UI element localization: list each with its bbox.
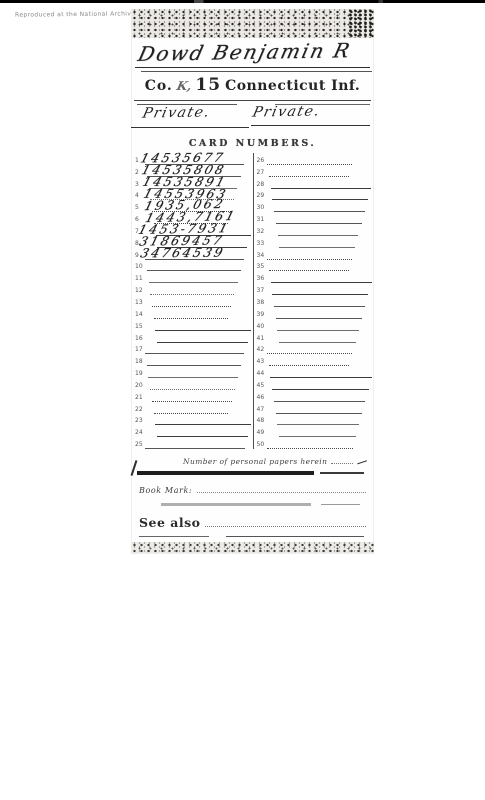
company-letter-handwritten: K,: [175, 79, 193, 93]
card-number-row: 24: [132, 425, 253, 437]
card-number-row: 48: [254, 414, 374, 426]
ruled-line: [149, 271, 238, 283]
ruled-line: [276, 212, 363, 224]
card-number-row: 16: [132, 331, 253, 343]
row-number: 37: [257, 288, 267, 295]
ruled-line: [276, 402, 363, 414]
row-number: 11: [135, 276, 145, 283]
ruled-line: [154, 402, 228, 414]
row-number: 26: [257, 158, 267, 165]
card-number-row: 15: [132, 319, 253, 331]
row-number: 20: [135, 383, 145, 390]
personal-papers-line: Number of personal papers herein: [131, 449, 374, 468]
card-number-row: 46: [254, 390, 374, 402]
scan-edge-bar: [0, 0, 485, 3]
ruled-line: [267, 343, 353, 355]
ruled-line: [267, 437, 354, 449]
ruled-line: [274, 390, 366, 402]
soldier-name-handwritten: Dowd Benjamin R: [136, 38, 354, 66]
rank-in-handwritten: Private.: [141, 104, 212, 121]
card-top-torn-edge: [131, 9, 374, 38]
rank-section: Private. Private.: [131, 100, 374, 132]
row-number: 35: [257, 264, 267, 271]
row-number: 12: [135, 288, 145, 295]
ruled-line: [152, 295, 231, 307]
card-number-row: 43: [254, 354, 374, 366]
card-number-row: 39: [254, 307, 374, 319]
card-number-row: 34: [254, 248, 374, 260]
ruled-line: [278, 224, 359, 236]
card-number-row: 45: [254, 378, 374, 390]
regiment-number: 15: [195, 75, 221, 95]
thick-rule: [137, 471, 314, 475]
card-number-row: 27: [254, 165, 374, 177]
card-number-row: 19: [132, 366, 253, 378]
card-number-row: 21: [132, 390, 253, 402]
ruled-line: [269, 354, 350, 366]
row-number: 30: [257, 205, 267, 212]
row-number: 36: [257, 276, 267, 283]
ruled-line: [271, 271, 373, 283]
card-number-row: 33: [254, 236, 374, 248]
card-number-row: 44: [254, 366, 374, 378]
faint-rule: [321, 504, 360, 505]
ruled-line: [152, 390, 232, 402]
card-number-handwritten: 34764539: [139, 244, 227, 260]
thick-rule-section: [131, 468, 374, 478]
card-number-row: 17: [132, 343, 253, 355]
ruled-line: [147, 354, 241, 366]
card-number-row: 30: [254, 200, 374, 212]
row-number: 40: [257, 324, 267, 331]
row-number: 44: [257, 371, 267, 378]
ruled-line: [279, 236, 356, 248]
card-number-row: 42: [254, 343, 374, 355]
card-number-row: 31: [254, 212, 374, 224]
row-number: 27: [257, 170, 267, 177]
ruled-line: [145, 437, 245, 449]
personal-papers-label: Number of personal papers herein: [183, 457, 327, 466]
row-number: 39: [257, 312, 267, 319]
card-number-row: 49: [254, 425, 374, 437]
rank-out-handwritten: Private.: [251, 103, 322, 120]
book-mark-fill-line: [197, 492, 366, 493]
ruled-line: [145, 343, 244, 355]
card-numbers-column-left: 1145356772145358083145358914145539635193…: [132, 153, 253, 449]
broken-rule-right: [226, 536, 364, 537]
ruled-line: [150, 283, 234, 295]
row-number: 34: [257, 253, 267, 260]
card-number-row: 10: [132, 260, 253, 272]
card-number-row: 47: [254, 402, 374, 414]
card-numbers-table: 1145356772145358083145358914145539635193…: [132, 153, 373, 449]
row-number: 24: [135, 430, 145, 437]
ruled-line: [267, 248, 353, 260]
see-also-fill-line: [205, 526, 366, 527]
row-number: 14: [135, 312, 145, 319]
ruled-line: [267, 153, 353, 165]
ruled-line: [277, 414, 360, 426]
ruled-line: [269, 260, 350, 272]
card-number-row: 40: [254, 319, 374, 331]
card-number-row: 11: [132, 271, 253, 283]
ruled-line: [272, 189, 369, 201]
row-number: 13: [135, 300, 145, 307]
ruled-line: [148, 366, 238, 378]
row-number: 25: [135, 442, 145, 449]
thick-rule-segment: [320, 472, 364, 474]
card-number-row: 26: [254, 153, 374, 165]
row-number: 17: [135, 347, 145, 354]
personal-papers-fill-line: [331, 463, 353, 464]
card-numbers-column-right: 2627282930313233343536373839404142434445…: [253, 153, 374, 449]
card-number-row: 25: [132, 437, 253, 449]
ruled-line: [279, 425, 357, 437]
row-number: 38: [257, 300, 267, 307]
row-number: 50: [257, 442, 267, 449]
regiment-name: Connecticut Inf.: [225, 78, 360, 94]
row-number: 47: [257, 407, 267, 414]
archive-watermark: Reproduced at the National Archives: [15, 10, 139, 18]
ruled-line: [155, 414, 251, 426]
card-number-row: 12: [132, 283, 253, 295]
ruled-line: [147, 260, 241, 272]
company-label: Co.: [145, 78, 173, 94]
row-number: 31: [257, 217, 267, 224]
card-number-row: 22: [132, 402, 253, 414]
row-number: 19: [135, 371, 145, 378]
card-number-row: 32: [254, 224, 374, 236]
card-number-row: 28: [254, 177, 374, 189]
card-number-row: 29: [254, 189, 374, 201]
see-also-line: See also: [131, 510, 374, 532]
row-number: 10: [135, 264, 145, 271]
broken-rule-section: [131, 532, 374, 540]
card-number-row: 14: [132, 307, 253, 319]
rank-underline-right: [251, 125, 370, 126]
rank-underline-left: [131, 127, 249, 128]
row-number: 41: [257, 336, 267, 343]
row-number: 15: [135, 324, 145, 331]
ruled-line: [277, 319, 360, 331]
name-underline: [135, 67, 370, 68]
row-number: 29: [257, 193, 267, 200]
row-number: 32: [257, 229, 267, 236]
row-number: 23: [135, 418, 145, 425]
card-number-row: 934764539: [132, 248, 253, 260]
ruled-line: [269, 165, 350, 177]
ruled-line: [274, 200, 366, 212]
row-number: 18: [135, 359, 145, 366]
row-number: 22: [135, 407, 145, 414]
ruled-line: [271, 177, 372, 189]
smudge-line-section: [131, 497, 374, 510]
row-number: 43: [257, 359, 267, 366]
card-number-row: 20: [132, 378, 253, 390]
ruled-line: [154, 307, 228, 319]
row-number: 16: [135, 336, 145, 343]
card-number-row: 23: [132, 414, 253, 426]
ruled-line: [279, 331, 357, 343]
ruled-line: [150, 378, 235, 390]
unit-line: Co. K, 15 Connecticut Inf.: [131, 75, 374, 100]
ruled-line: [276, 307, 363, 319]
card-number-row: 37: [254, 283, 374, 295]
name-section: Dowd Benjamin R: [131, 38, 374, 75]
row-number: 21: [135, 395, 145, 402]
name-underline-2: [141, 71, 372, 72]
row-number: 49: [257, 430, 267, 437]
ruled-line: [155, 319, 251, 331]
row-number: 45: [257, 383, 267, 390]
ruled-line: [270, 366, 373, 378]
ruled-line: [274, 295, 366, 307]
ink-mark: [355, 454, 367, 465]
see-also-label: See also: [139, 515, 201, 530]
ruled-line: [157, 425, 248, 437]
broken-rule-left: [139, 536, 209, 537]
book-mark-line: Book Mark:: [131, 478, 374, 497]
card-number-row: 41: [254, 331, 374, 343]
row-number: 33: [257, 241, 267, 248]
record-card: Dowd Benjamin R Co. K, 15 Connecticut In…: [131, 9, 374, 554]
ruled-line: [272, 283, 369, 295]
row-number: 42: [257, 347, 267, 354]
ink-smudge: [161, 503, 311, 506]
card-number-row: 50: [254, 437, 374, 449]
row-number: 48: [257, 418, 267, 425]
row-number: 46: [257, 395, 267, 402]
row-number: 28: [257, 182, 267, 189]
scanned-page: { "page": { "top_note": "Reproduced at t…: [0, 0, 485, 800]
card-bottom-torn-edge: [131, 542, 374, 553]
card-number-row: 35: [254, 260, 374, 272]
card-number-row: 18: [132, 354, 253, 366]
card-number-row: 13: [132, 295, 253, 307]
card-number-row: 36: [254, 271, 374, 283]
ruled-line: [157, 331, 248, 343]
card-number-row: 38: [254, 295, 374, 307]
book-mark-label: Book Mark:: [139, 486, 192, 495]
ruled-line: [272, 378, 370, 390]
